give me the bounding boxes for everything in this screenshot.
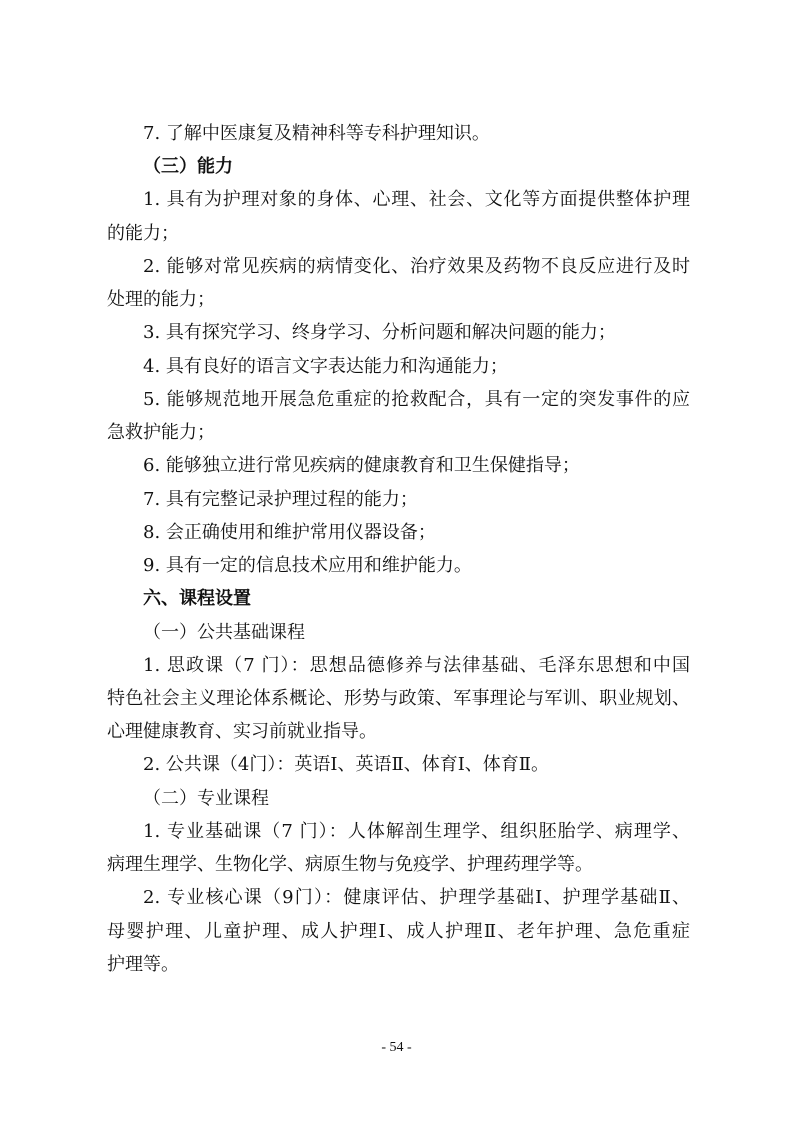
ability-item-4: 4. 具有良好的语言文字表达能力和沟通能力； — [107, 350, 690, 383]
section-heading-ability: （三）能力 — [107, 150, 690, 183]
subsection-heading-public: （一）公共基础课程 — [107, 616, 690, 649]
public-course-item-2: 2. 公共课（4门）：英语Ⅰ、英语Ⅱ、体育Ⅰ、体育Ⅱ。 — [107, 748, 690, 781]
ability-item-9: 9. 具有一定的信息技术应用和维护能力。 — [107, 549, 690, 582]
paragraph-line: 病理生理学、生物化学、病原生物与免疫学、护理药理学等。 — [107, 848, 690, 881]
paragraph-line: 处理的能力； — [107, 283, 690, 316]
public-course-item-1: 1. 思政课（7 门）：思想品德修养与法律基础、毛泽东思想和中国 特色社会主义理… — [107, 649, 690, 749]
ability-item-7: 7. 具有完整记录护理过程的能力； — [107, 483, 690, 516]
page-body: 7. 了解中医康复及精神科等专科护理知识。 （三）能力 1. 具有为护理对象的身… — [107, 117, 690, 981]
paragraph-line: 1. 思政课（7 门）：思想品德修养与法律基础、毛泽东思想和中国 — [107, 649, 690, 682]
ability-item-8: 8. 会正确使用和维护常用仪器设备； — [107, 516, 690, 549]
ability-item-1: 1. 具有为护理对象的身体、心理、社会、文化等方面提供整体护理 的能力； — [107, 183, 690, 249]
ability-item-5: 5. 能够规范地开展急危重症的抢救配合，具有一定的突发事件的应 急救护能力； — [107, 383, 690, 449]
paragraph-line: 9. 具有一定的信息技术应用和维护能力。 — [107, 549, 690, 582]
paragraph-line: 5. 能够规范地开展急危重症的抢救配合，具有一定的突发事件的应 — [107, 383, 690, 416]
paragraph-line: 护理等。 — [107, 948, 690, 981]
ability-item-6: 6. 能够独立进行常见疾病的健康教育和卫生保健指导； — [107, 449, 690, 482]
paragraph-line: 2. 公共课（4门）：英语Ⅰ、英语Ⅱ、体育Ⅰ、体育Ⅱ。 — [107, 748, 690, 781]
paragraph-line: 心理健康教育、实习前就业指导。 — [107, 715, 690, 748]
paragraph-line: 1. 专业基础课（7 门）：人体解剖生理学、组织胚胎学、病理学、 — [107, 815, 690, 848]
page-number: - 54 - — [0, 1038, 793, 1058]
ability-section: （三）能力 1. 具有为护理对象的身体、心理、社会、文化等方面提供整体护理 的能… — [107, 150, 690, 582]
curriculum-section: 六、课程设置 （一）公共基础课程 1. 思政课（7 门）：思想品德修养与法律基础… — [107, 582, 690, 981]
paragraph-line: 特色社会主义理论体系概论、形势与政策、军事理论与军训、职业规划、 — [107, 682, 690, 715]
paragraph-line: 6. 能够独立进行常见疾病的健康教育和卫生保健指导； — [107, 449, 690, 482]
paragraph-line: 急救护能力； — [107, 416, 690, 449]
subsection-heading-professional: （二）专业课程 — [107, 782, 690, 815]
paragraph-line: 3. 具有探究学习、终身学习、分析问题和解决问题的能力； — [107, 316, 690, 349]
professional-course-item-2: 2. 专业核心课（9门）：健康评估、护理学基础Ⅰ、护理学基础Ⅱ、 母婴护理、儿童… — [107, 881, 690, 981]
paragraph-line: 的能力； — [107, 217, 690, 250]
paragraph-line: 母婴护理、儿童护理、成人护理Ⅰ、成人护理Ⅱ、老年护理、急危重症 — [107, 915, 690, 948]
paragraph-line: 1. 具有为护理对象的身体、心理、社会、文化等方面提供整体护理 — [107, 183, 690, 216]
paragraph-line: 4. 具有良好的语言文字表达能力和沟通能力； — [107, 350, 690, 383]
paragraph-line: 7. 了解中医康复及精神科等专科护理知识。 — [107, 117, 690, 150]
knowledge-item-7: 7. 了解中医康复及精神科等专科护理知识。 — [107, 117, 690, 150]
document-page: 7. 了解中医康复及精神科等专科护理知识。 （三）能力 1. 具有为护理对象的身… — [0, 0, 793, 1122]
ability-item-3: 3. 具有探究学习、终身学习、分析问题和解决问题的能力； — [107, 316, 690, 349]
paragraph-line: 2. 能够对常见疾病的病情变化、治疗效果及药物不良反应进行及时 — [107, 250, 690, 283]
professional-course-item-1: 1. 专业基础课（7 门）：人体解剖生理学、组织胚胎学、病理学、 病理生理学、生… — [107, 815, 690, 881]
professional-courses-subsection: （二）专业课程 1. 专业基础课（7 门）：人体解剖生理学、组织胚胎学、病理学、… — [107, 782, 690, 981]
public-courses-subsection: （一）公共基础课程 1. 思政课（7 门）：思想品德修养与法律基础、毛泽东思想和… — [107, 616, 690, 782]
section-heading-curriculum: 六、课程设置 — [107, 582, 690, 615]
paragraph-line: 2. 专业核心课（9门）：健康评估、护理学基础Ⅰ、护理学基础Ⅱ、 — [107, 881, 690, 914]
ability-item-2: 2. 能够对常见疾病的病情变化、治疗效果及药物不良反应进行及时 处理的能力； — [107, 250, 690, 316]
paragraph-line: 8. 会正确使用和维护常用仪器设备； — [107, 516, 690, 549]
paragraph-line: 7. 具有完整记录护理过程的能力； — [107, 483, 690, 516]
